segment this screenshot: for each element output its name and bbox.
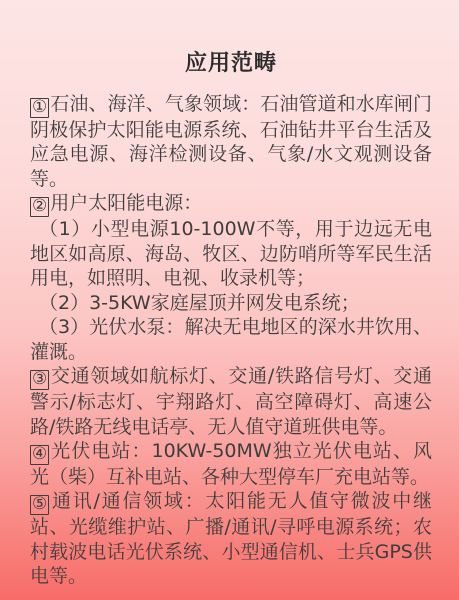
paragraph-2: ②用户太阳能电源： — [30, 191, 432, 217]
page-background: 应用范畴 ①石油、海洋、气象领域：石油管道和水库闸门阴极保护太阳能电源系统、石油… — [0, 0, 459, 600]
item-number-marker: ⑤ — [30, 495, 49, 515]
paragraph-list: ①石油、海洋、气象领域：石油管道和水库闸门阴极保护太阳能电源系统、石油钻井平台生… — [30, 92, 432, 589]
page-title: 应用范畴 — [30, 46, 432, 77]
item-number-marker: ④ — [30, 445, 49, 465]
paragraph-1: ①石油、海洋、气象领域：石油管道和水库闸门阴极保护太阳能电源系统、石油钻井平台生… — [30, 92, 432, 191]
paragraph-3: （1）小型电源10-100W不等，用于边远无电地区如高原、海岛、牧区、边防哨所等… — [30, 217, 432, 291]
item-number-marker: ② — [30, 197, 49, 217]
paragraph-7: ④光伏电站：10KW-50MW独立光伏电站、风光（柴）互补电站、各种大型停车厂充… — [30, 439, 432, 489]
paragraph-6: ③交通领域如航标灯、交通/铁路信号灯、交通警示/标志灯、宇翔路灯、高空障碍灯、高… — [30, 364, 432, 439]
paragraph-8: ⑤通讯/通信领域：太阳能无人值守微波中继站、光缆维护站、广播/通讯/寻呼电源系统… — [30, 489, 432, 588]
item-number-marker: ③ — [30, 370, 49, 390]
paragraph-4: （2）3-5KW家庭屋顶并网发电系统； — [30, 291, 432, 316]
item-number-marker: ① — [30, 98, 49, 118]
paragraph-5: （3）光伏水泵：解决无电地区的深水井饮用、灌溉。 — [30, 315, 432, 364]
